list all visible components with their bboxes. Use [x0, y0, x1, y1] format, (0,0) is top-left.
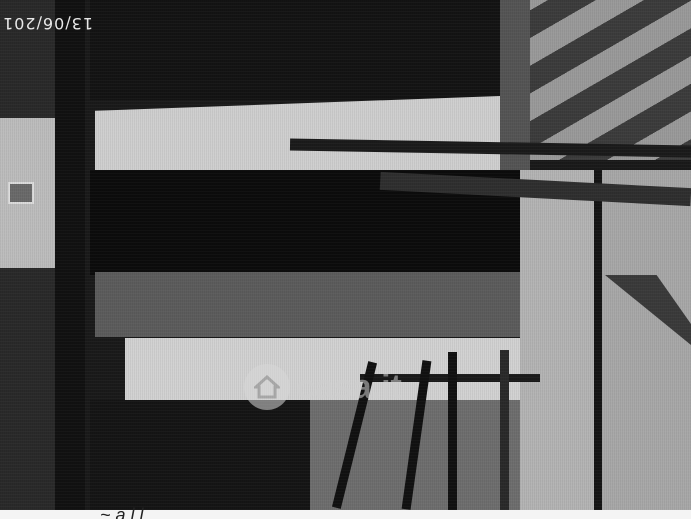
date-stamp: 13/06/201 — [2, 14, 93, 33]
electric-box-label — [8, 182, 34, 204]
neighbor-wall — [602, 170, 691, 510]
watermark-text: casa.it — [296, 368, 402, 407]
lower-window — [90, 400, 310, 510]
railing-post-4 — [500, 350, 509, 510]
left-pillar — [55, 0, 85, 510]
house-icon — [244, 364, 290, 410]
railing-post-3 — [448, 352, 457, 510]
listing-photo: 13/06/201 casa.it ~ a l l — [0, 0, 691, 519]
handwritten-note: ~ a l l — [100, 505, 144, 519]
upper-window — [90, 0, 500, 100]
upper-balcony-slab — [95, 96, 500, 170]
drain-pipe — [594, 170, 602, 510]
middle-balcony-band — [95, 272, 525, 337]
watermark: casa.it — [244, 364, 402, 410]
